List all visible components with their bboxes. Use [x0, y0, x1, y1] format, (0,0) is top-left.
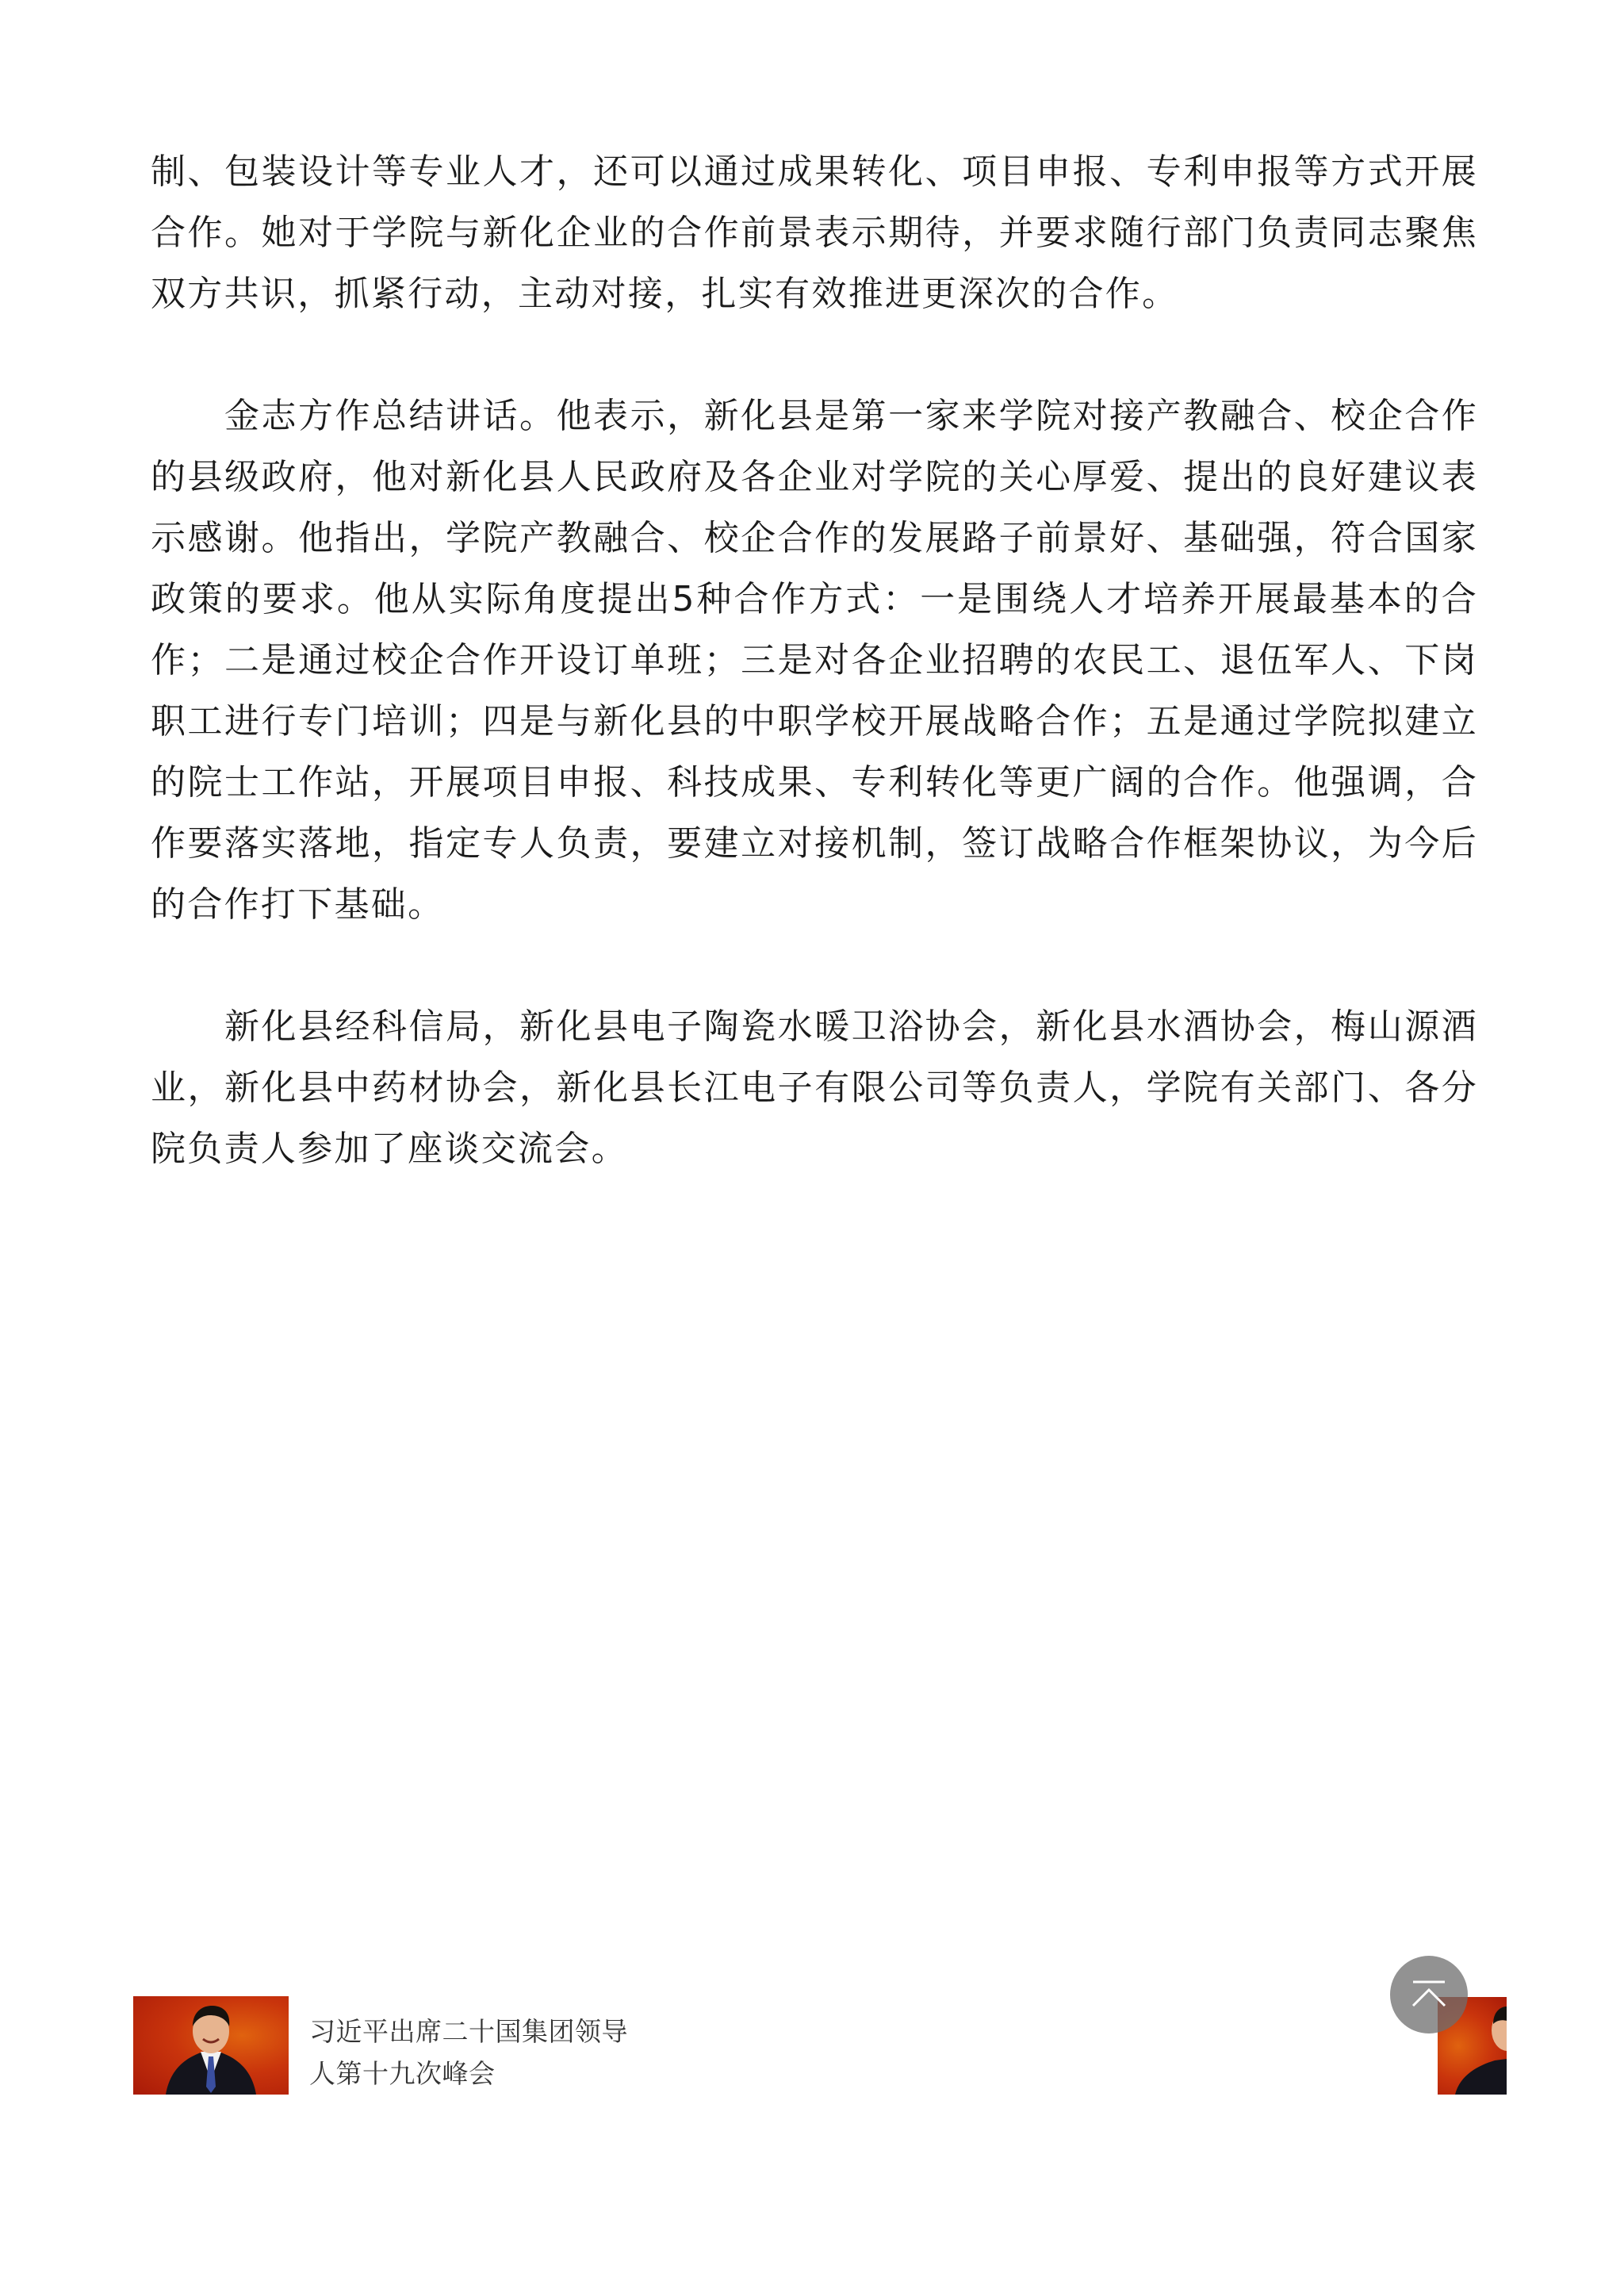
related-article-link[interactable]: 习近平出席二十国集团领导人第十九次峰会	[133, 1996, 642, 2095]
related-article-title[interactable]: 习近平出席二十国集团领导人第十九次峰会	[309, 2010, 642, 2095]
arrow-up-to-top-icon	[1409, 1979, 1449, 2010]
portrait-image-icon	[159, 2001, 262, 2095]
article-paragraph-3: 新化县经科信局，新化县电子陶瓷水暖卫浴协会，新化县水酒协会，梅山源酒业，新化县中…	[151, 996, 1478, 1179]
related-article-thumbnail[interactable]	[133, 1996, 289, 2095]
article-paragraph-2: 金志方作总结讲话。他表示，新化县是第一家来学院对接产教融合、校企合作的县级政府，…	[151, 385, 1478, 935]
back-to-top-button[interactable]	[1390, 1956, 1468, 2033]
article-body: 制、包装设计等专业人才，还可以通过成果转化、项目申报、专利申报等方式开展合作。她…	[151, 141, 1478, 1240]
article-paragraph-1: 制、包装设计等专业人才，还可以通过成果转化、项目申报、专利申报等方式开展合作。她…	[151, 141, 1478, 324]
